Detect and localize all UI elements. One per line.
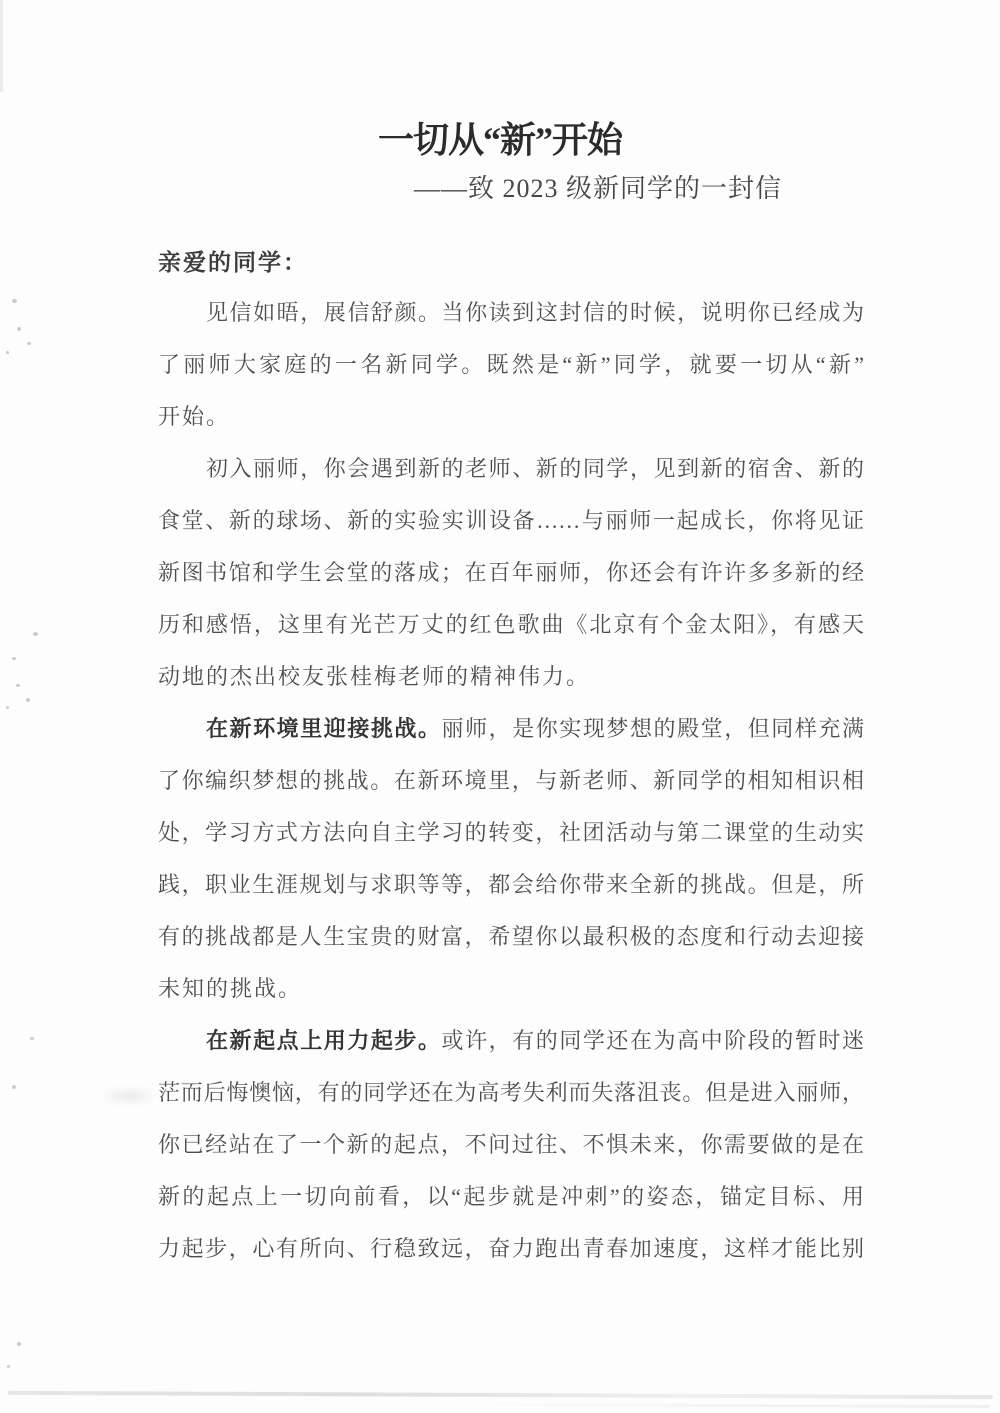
line-text: 历和感悟，这里有光芒万丈的红色歌曲《北京有个金太阳》，有感天 [158, 612, 864, 637]
line-text: 或许，有的同学还在为高中阶段的暂时迷 [442, 1028, 864, 1053]
scan-shadow-line [400, 1403, 990, 1408]
scan-speck [12, 299, 17, 303]
letter-body: 见信如晤，展信舒颜。当你读到这封信的时候，说明你已经成为了丽师大家庭的一名新同学… [158, 287, 864, 1275]
scan-speck [17, 327, 21, 331]
line-text: 食堂、新的球场、新的实验实训设备……与丽师一起成长，你将见证 [158, 508, 864, 533]
scanned-letter-page: 一切从“新”开始 ——致 2023 级新同学的一封信 亲爱的同学： 见信如晤，展… [0, 0, 1000, 1413]
body-line: 食堂、新的球场、新的实验实训设备……与丽师一起成长，你将见证 [158, 495, 864, 547]
scan-speck [16, 684, 20, 687]
scan-shadow-line [8, 1391, 993, 1399]
body-line: 你已经站在了一个新的起点，不问过往、不惧未来，你需要做的是在 [158, 1119, 864, 1171]
body-line: 了丽师大家庭的一名新同学。既然是“新”同学，就要一切从“新” [158, 339, 864, 391]
scan-speck [26, 698, 30, 702]
body-line: 未知的挑战。 [158, 963, 864, 1015]
body-line: 见信如晤，展信舒颜。当你读到这封信的时候，说明你已经成为 [158, 287, 864, 339]
body-line: 处，学习方式方法向自主学习的转变，社团活动与第二课堂的生动实 [158, 807, 864, 859]
line-text: 新的起点上一切向前看，以“起步就是冲刺”的姿态，锚定目标、用 [158, 1184, 864, 1209]
line-text: 了丽师大家庭的一名新同学。既然是“新”同学，就要一切从“新” [158, 352, 864, 377]
scan-speck [30, 1037, 34, 1040]
body-line: 在新起点上用力起步。或许，有的同学还在为高中阶段的暂时迷 [158, 1015, 864, 1067]
body-line: 践，职业生涯规划与求职等等，都会给你带来全新的挑战。但是，所 [158, 859, 864, 911]
paragraph-lead: 在新起点上用力起步。 [206, 1028, 442, 1053]
line-text: 动地的杰出校友张桂梅老师的精神伟力。 [158, 664, 590, 689]
body-line: 在新环境里迎接挑战。丽师，是你实现梦想的殿堂，但同样充满 [158, 703, 864, 755]
body-line: 有的挑战都是人生宝贵的财富，希望你以最积极的态度和行动去迎接 [158, 911, 864, 963]
scan-speck [33, 632, 38, 636]
scan-speck [7, 1365, 10, 1368]
scan-edge-sliver [0, 0, 3, 92]
body-line: 开始。 [158, 391, 864, 443]
scan-smudge [105, 1088, 153, 1104]
scan-speck [12, 657, 16, 660]
line-text: 新图书馆和学生会堂的落成；在百年丽师，你还会有许许多多新的经 [158, 560, 864, 585]
body-line: 了你编织梦想的挑战。在新环境里，与新老师、新同学的相知相识相 [158, 755, 864, 807]
line-text: 初入丽师，你会遇到新的老师、新的同学，见到新的宿舍、新的 [206, 456, 864, 481]
line-text: 处，学习方式方法向自主学习的转变，社团活动与第二课堂的生动实 [158, 820, 864, 845]
scan-speck [6, 706, 9, 709]
paragraph-lead: 在新环境里迎接挑战。 [206, 716, 442, 741]
body-line: 初入丽师，你会遇到新的老师、新的同学，见到新的宿舍、新的 [158, 443, 864, 495]
letter-subtitle: ——致 2023 级新同学的一封信 [414, 168, 782, 205]
line-text: 茫而后悔懊恼，有的同学还在为高考失利而失落沮丧。但是进入丽师， [158, 1080, 864, 1105]
scan-speck [17, 1342, 21, 1346]
body-line: 历和感悟，这里有光芒万丈的红色歌曲《北京有个金太阳》，有感天 [158, 599, 864, 651]
line-text: 见信如晤，展信舒颜。当你读到这封信的时候，说明你已经成为 [206, 300, 864, 325]
line-text: 践，职业生涯规划与求职等等，都会给你带来全新的挑战。但是，所 [158, 872, 864, 897]
body-line: 新的起点上一切向前看，以“起步就是冲刺”的姿态，锚定目标、用 [158, 1171, 864, 1223]
line-text: 了你编织梦想的挑战。在新环境里，与新老师、新同学的相知相识相 [158, 768, 864, 793]
line-text: 丽师，是你实现梦想的殿堂，但同样充满 [442, 716, 864, 741]
line-text: 有的挑战都是人生宝贵的财富，希望你以最积极的态度和行动去迎接 [158, 924, 864, 949]
body-line: 动地的杰出校友张桂梅老师的精神伟力。 [158, 651, 864, 703]
letter-salutation: 亲爱的同学： [158, 244, 308, 277]
body-line: 茫而后悔懊恼，有的同学还在为高考失利而失落沮丧。但是进入丽师， [158, 1067, 864, 1119]
scan-speck [6, 351, 9, 354]
line-text: 你已经站在了一个新的起点，不问过往、不惧未来，你需要做的是在 [158, 1132, 864, 1157]
scan-speck [27, 342, 31, 345]
line-text: 力起步，心有所向、行稳致远，奋力跑出青春加速度，这样才能比别 [158, 1236, 864, 1261]
scan-speck [12, 1085, 16, 1089]
line-text: 开始。 [158, 404, 230, 429]
body-line: 力起步，心有所向、行稳致远，奋力跑出青春加速度，这样才能比别 [158, 1223, 864, 1275]
letter-title: 一切从“新”开始 [0, 112, 1000, 163]
body-line: 新图书馆和学生会堂的落成；在百年丽师，你还会有许许多多新的经 [158, 547, 864, 599]
line-text: 未知的挑战。 [158, 976, 302, 1001]
